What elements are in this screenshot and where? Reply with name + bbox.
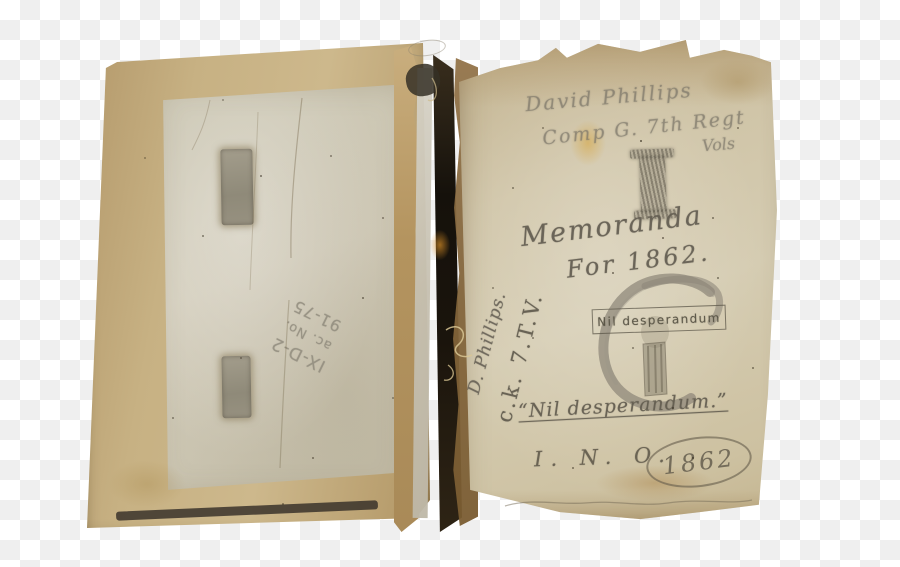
- stain-spine-amber: [430, 230, 450, 260]
- diary-flyleaf-page: David Phillips Comp G. 7th Regt Vols Mem…: [450, 35, 785, 530]
- tape-residue-bottom: [221, 356, 251, 418]
- motto-banner-box: Nil desperandum: [592, 305, 727, 335]
- owner-name-inscription: David Phillips: [524, 78, 693, 117]
- foxing-specks: [80, 35, 82, 37]
- owner-vols-inscription: Vols: [701, 134, 736, 156]
- circled-year-text: 1862: [661, 444, 737, 481]
- tape-residue-top: [220, 149, 253, 226]
- stain-top-right: [700, 59, 776, 105]
- diary-left-inside-cover: IX-D-2 ac. No. 91-75: [80, 35, 430, 535]
- stain-left-bottom: [108, 460, 186, 508]
- motto-banner-text: Nil desperandum: [597, 310, 721, 328]
- photo-canvas: IX-D-2 ac. No. 91-75 David Phillips Comp…: [0, 0, 900, 567]
- foxing-specks: [450, 35, 452, 37]
- pencil-oval-sketch: [407, 37, 447, 58]
